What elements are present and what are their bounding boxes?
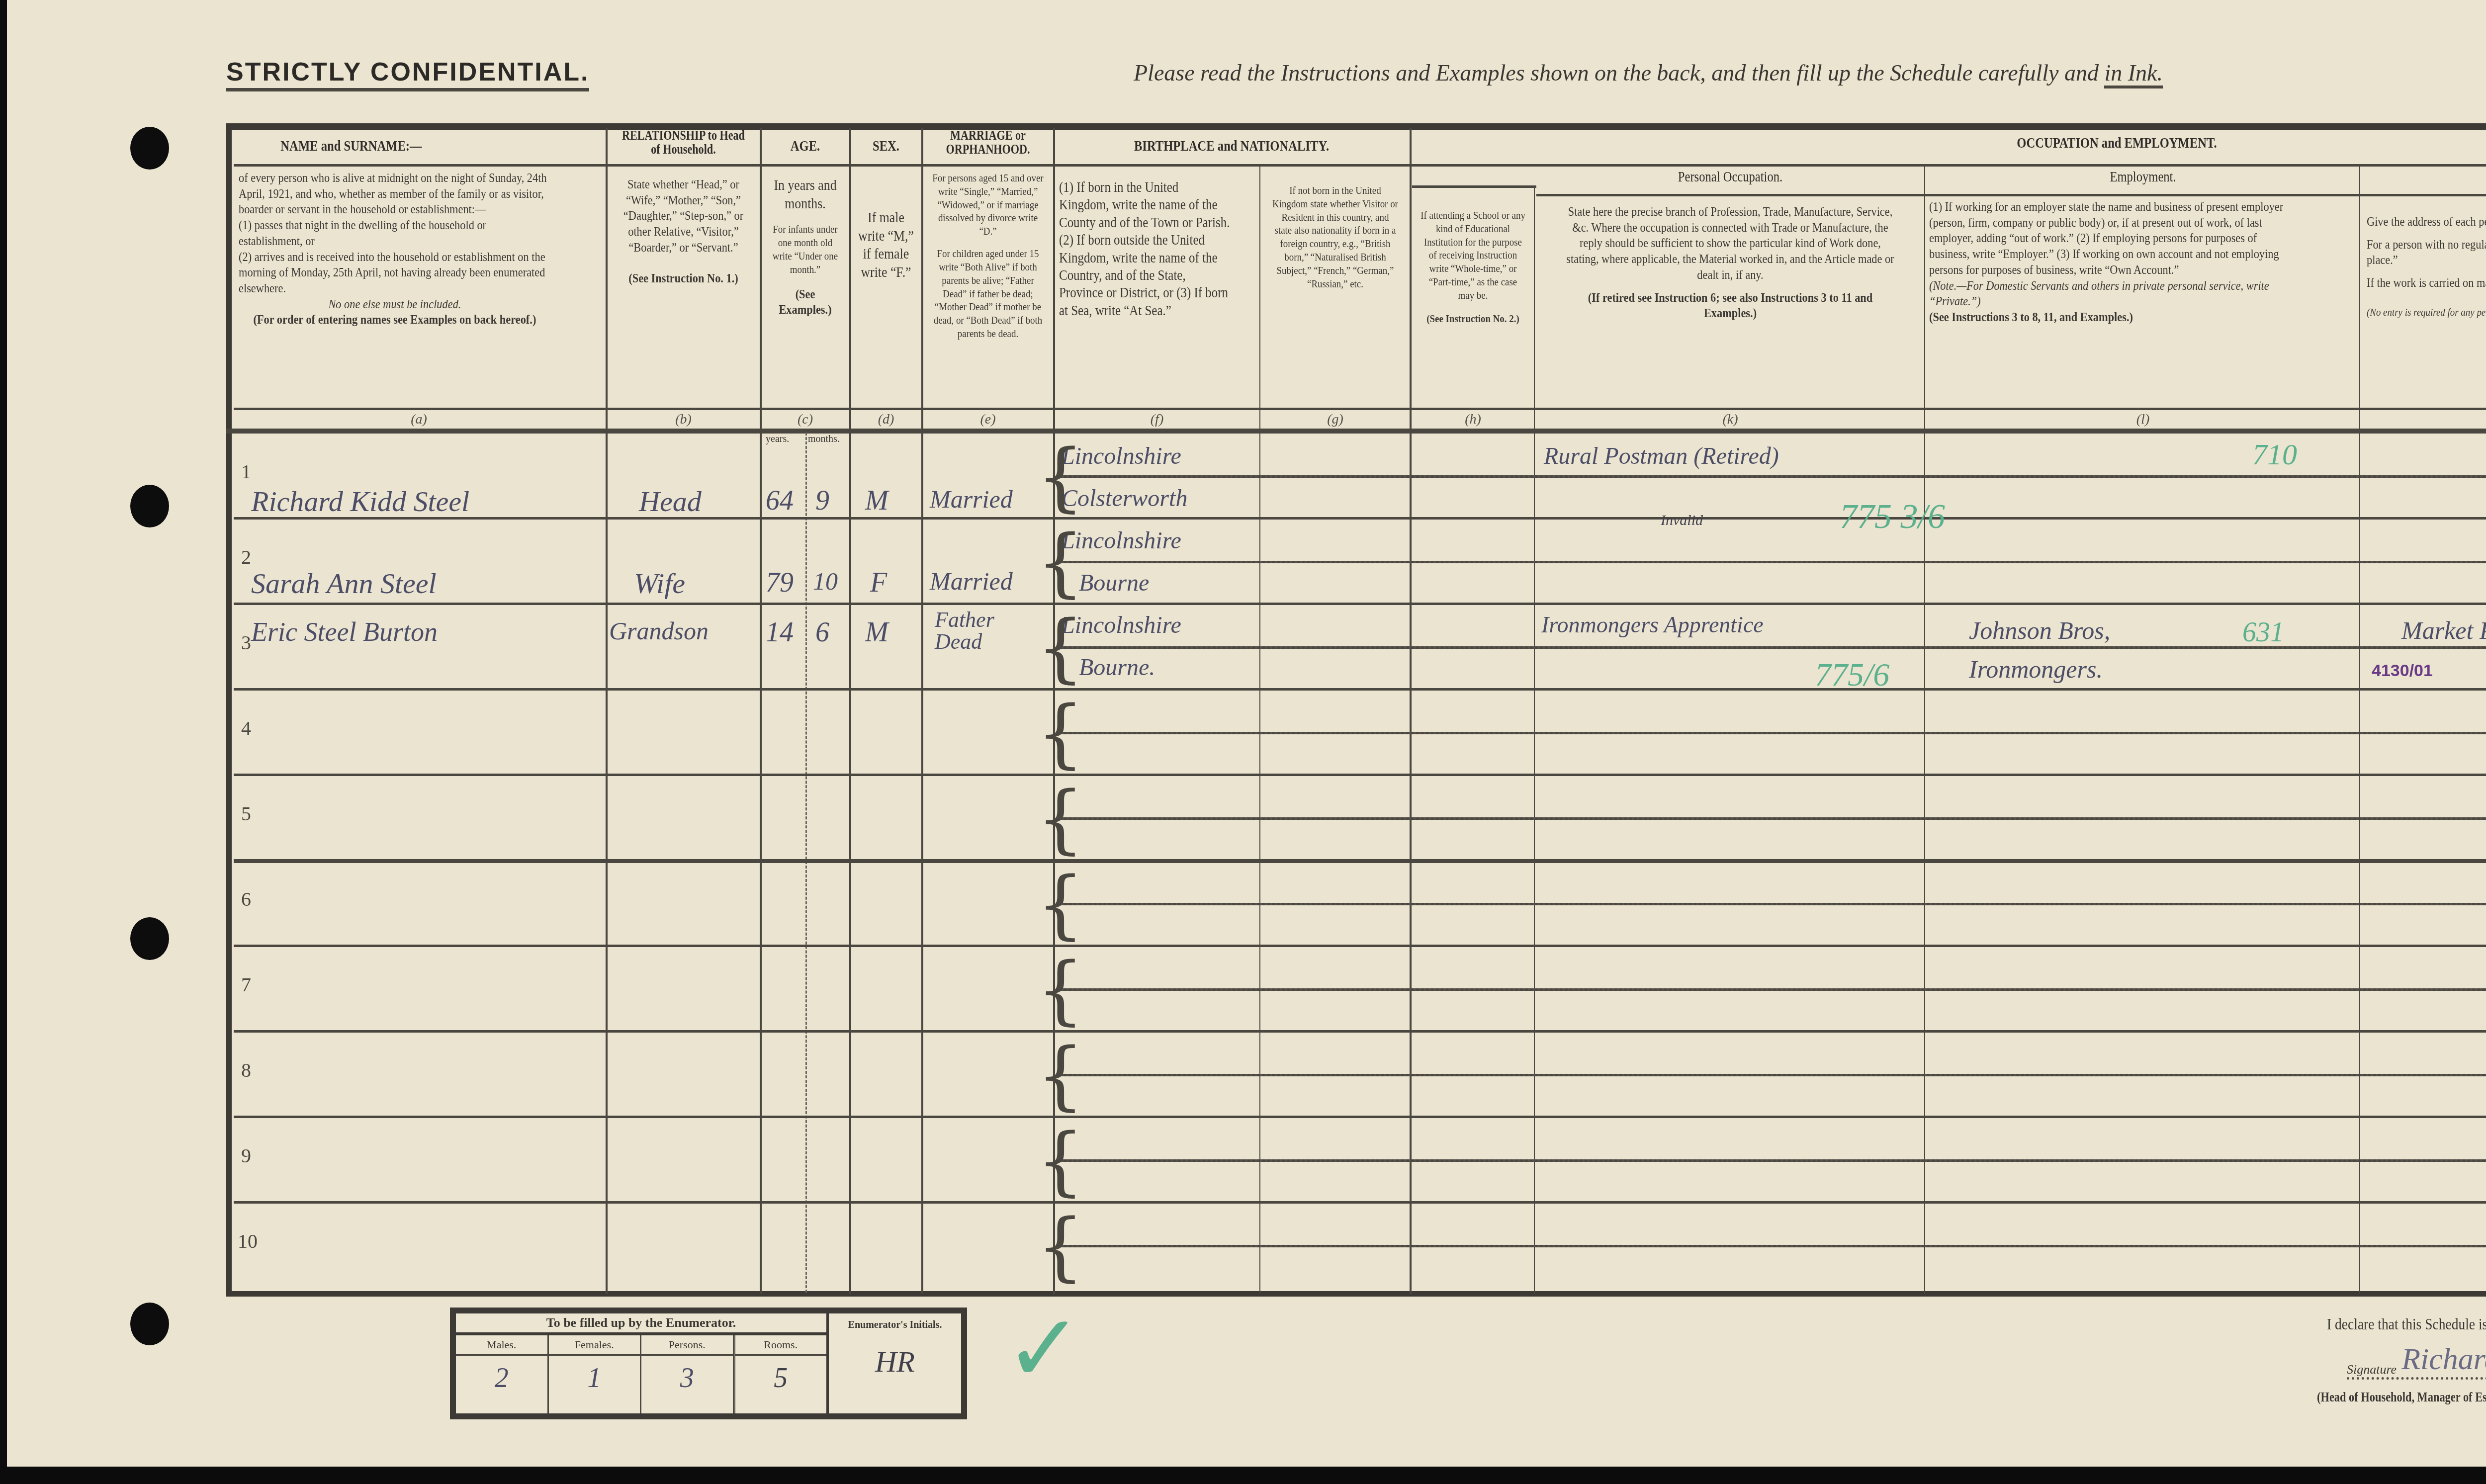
rooms-count[interactable]: 5 <box>735 1356 827 1413</box>
employer[interactable]: Johnson Bros, Ironmongers. <box>1969 611 2242 689</box>
col-divider <box>921 128 923 1294</box>
enumerator-summary-box: To be filled up by the Enumerator. Males… <box>450 1308 967 1419</box>
birth-town[interactable]: Bourne. <box>1079 654 1155 681</box>
col-m-instructions: Give the address of each person's place … <box>2367 214 2486 319</box>
instruction-ink-emphasis: in Ink. <box>2104 60 2163 88</box>
col-k-title: Personal Occupation. <box>1571 169 1889 185</box>
col-b-title: RELATIONSHIP to Head of Household. <box>621 128 745 157</box>
col-m-letter: (m) <box>2362 412 2486 428</box>
col-divider <box>2359 164 2360 1294</box>
col-c-instructions: In years and months. For infants under o… <box>768 176 843 318</box>
brace-glyph: { <box>1037 1210 1084 1284</box>
row-number: 9 <box>241 1144 251 1167</box>
row-divider-thick <box>234 859 2486 863</box>
row-divider <box>234 1201 2486 1204</box>
scan-border-left <box>0 0 7 1484</box>
table-top-rule <box>226 123 2486 130</box>
females-count[interactable]: 1 <box>549 1356 640 1413</box>
person-name[interactable]: Sarah Ann Steel <box>251 567 437 600</box>
row-number: 10 <box>238 1229 258 1253</box>
col-m-title: Place of Work. <box>2392 169 2486 185</box>
subrow-divider <box>1057 561 2486 563</box>
row-divider <box>234 945 2486 947</box>
col-b-instructions: State whether “Head,” or “Wife,” “Mother… <box>618 176 748 286</box>
instruction-text: Please read the Instructions and Example… <box>1134 60 2104 86</box>
enumerator-initials[interactable]: HR <box>829 1337 961 1413</box>
col-h-letter: (h) <box>1412 412 1534 428</box>
brace-glyph: { <box>1037 868 1084 942</box>
col-d-letter: (d) <box>851 412 921 428</box>
col-d-instructions: If male write “M,” if female write “F.” <box>856 209 916 281</box>
col-a-instructions: of every person who is alive at midnight… <box>239 170 551 328</box>
place-of-work[interactable]: Market Place, Bourne. <box>2401 611 2486 650</box>
col-b-letter: (b) <box>608 412 759 428</box>
person-name[interactable]: Eric Steel Burton <box>251 616 438 647</box>
col-divider <box>1534 185 1535 1294</box>
col-l-letter: (l) <box>1927 412 2359 428</box>
marital-status[interactable]: Father Dead <box>935 609 1044 653</box>
col-k-letter: (k) <box>1536 412 1924 428</box>
birth-town[interactable]: Bourne <box>1079 569 1149 597</box>
occupation-section-title: OCCUPATION and EMPLOYMENT. <box>1641 135 2486 151</box>
person-relationship[interactable]: Grandson <box>609 616 709 645</box>
col-divider <box>606 128 608 1294</box>
occupation-code: 775 3/6 <box>1840 497 1945 537</box>
age-months[interactable]: 6 <box>815 616 829 648</box>
col-divider <box>849 128 851 1294</box>
col-g-letter: (g) <box>1262 412 1409 428</box>
persons-count[interactable]: 3 <box>641 1356 733 1413</box>
subrow-divider <box>1057 903 2486 905</box>
signature-role-caption: (Head of Household, Manager of Establish… <box>2317 1390 2486 1405</box>
brace-glyph: { <box>1037 525 1084 600</box>
subrow-divider <box>1057 988 2486 991</box>
brace-glyph: { <box>1037 440 1084 515</box>
brace-glyph: { <box>1037 611 1084 686</box>
age-years[interactable]: 79 <box>766 567 794 599</box>
subrow-divider <box>1057 1074 2486 1076</box>
brace-glyph: { <box>1037 1039 1084 1113</box>
punch-hole <box>130 485 169 527</box>
occupation-code: 775/6 <box>1815 656 1889 694</box>
education-rule <box>1412 185 1536 188</box>
personal-occupation[interactable]: Rural Postman (Retired) <box>1544 442 1779 470</box>
col-d-title: SEX. <box>858 138 915 154</box>
col-f-letter: (f) <box>1055 412 1259 428</box>
col-divider <box>1924 164 1925 1294</box>
initials-label: Enumerator's Initials. <box>829 1313 961 1337</box>
person-name[interactable]: Richard Kidd Steel <box>251 485 469 518</box>
col-f-instructions: (1) If born in the United Kingdom, write… <box>1059 179 1230 320</box>
brace-glyph: { <box>1037 953 1084 1028</box>
col-c-title: AGE. <box>770 138 841 154</box>
col-l-instructions: (1) If working for an employer state the… <box>1929 199 2297 325</box>
brace-glyph: { <box>1037 697 1084 771</box>
subrow-divider <box>1057 1245 2486 1247</box>
row-number: 5 <box>241 802 251 825</box>
header-title-rule <box>234 164 2486 167</box>
row-number: 2 <box>241 545 251 569</box>
marital-status[interactable]: Married <box>930 567 1013 596</box>
age-months[interactable]: 9 <box>815 485 829 517</box>
row-divider <box>234 603 2486 605</box>
row-number: 3 <box>241 631 251 654</box>
person-relationship[interactable]: Wife <box>634 567 685 600</box>
person-sex[interactable]: F <box>870 567 887 599</box>
row-divider <box>234 774 2486 776</box>
col-k-instructions: State here the precise branch of Profess… <box>1566 204 1895 321</box>
col-e-instructions: For persons aged 15 and over write “Sing… <box>932 172 1044 341</box>
row-number: 6 <box>241 887 251 911</box>
col-divider <box>1259 164 1260 1294</box>
males-label: Males. <box>456 1335 547 1356</box>
employment-code: 710 <box>2252 437 2297 472</box>
brace-glyph: { <box>1037 1124 1084 1199</box>
row-number: 1 <box>241 460 251 483</box>
col-h-instructions: If attending a School or any kind of Edu… <box>1421 209 1525 326</box>
personal-occupation[interactable]: Ironmongers Apprentice <box>1541 611 1764 638</box>
col-divider <box>1410 128 1412 1294</box>
col-fg-title: BIRTHPLACE and NATIONALITY. <box>1087 138 1376 154</box>
subrow-divider <box>1057 1159 2486 1162</box>
person-sex[interactable]: M <box>865 485 888 517</box>
person-sex[interactable]: M <box>865 616 888 648</box>
page-title: STRICTLY CONFIDENTIAL. <box>226 57 589 91</box>
col-l-title: Employment. <box>1965 169 2320 185</box>
header-bottom-rule <box>226 429 2486 434</box>
enumerator-box-heading: To be filled up by the Enumerator. <box>456 1313 826 1335</box>
row-number: 7 <box>241 973 251 996</box>
punch-hole <box>130 1303 169 1345</box>
col-divider <box>760 128 762 1294</box>
row-divider <box>234 1116 2486 1118</box>
rooms-label: Rooms. <box>735 1335 827 1356</box>
age-years[interactable]: 14 <box>766 616 794 648</box>
row-number: 8 <box>241 1058 251 1082</box>
col-a-title: NAME and SURNAME:— <box>268 138 585 154</box>
subrow-divider <box>1057 817 2486 820</box>
row-number: 4 <box>241 716 251 740</box>
punch-hole <box>130 917 169 960</box>
age-months-subheading: months. <box>808 434 840 445</box>
col-e-title: MARRIAGE or ORPHANHOOD. <box>935 128 1041 157</box>
col-a-letter: (a) <box>234 412 604 428</box>
persons-label: Persons. <box>641 1335 733 1356</box>
signature-field[interactable]: Signature Richard Kidd Steel <box>2347 1342 2486 1380</box>
letters-rule <box>234 408 2486 410</box>
declaration-text: I declare that this Schedule is correctl… <box>2327 1315 2486 1333</box>
census-schedule-page: STRICTLY CONFIDENTIAL. Please read the I… <box>0 0 2486 1484</box>
females-label: Females. <box>549 1335 640 1356</box>
row-divider <box>234 1030 2486 1033</box>
age-months[interactable]: 10 <box>813 567 838 596</box>
place-code-stamp: 4130/01 <box>2372 661 2433 681</box>
scan-border-bottom <box>0 1467 2486 1484</box>
subrow-divider <box>1057 732 2486 734</box>
col-g-instructions: If not born in the United Kingdom state … <box>1272 184 1399 291</box>
age-years[interactable]: 64 <box>766 485 794 517</box>
row-divider <box>234 517 2486 520</box>
green-check-icon: ✓ <box>1004 1303 1083 1397</box>
col-e-letter: (e) <box>923 412 1053 428</box>
signature-value[interactable]: Richard Kidd Steel <box>2401 1342 2486 1377</box>
marital-status[interactable]: Married <box>930 485 1013 514</box>
person-relationship[interactable]: Head <box>639 485 702 518</box>
brace-glyph: { <box>1037 782 1084 857</box>
males-count[interactable]: 2 <box>456 1356 547 1413</box>
employment-code: 631 <box>2242 616 2284 648</box>
instruction-line: Please read the Instructions and Example… <box>1134 60 2163 86</box>
subrow-divider <box>1057 475 2486 478</box>
signature-label: Signature <box>2347 1362 2397 1377</box>
occupation-note[interactable]: Invalid <box>1661 512 1703 529</box>
col-c-letter: (c) <box>762 412 849 428</box>
punch-hole <box>130 127 169 170</box>
occupation-subtitle-rule <box>1536 194 2486 196</box>
age-years-subheading: years. <box>766 434 789 445</box>
